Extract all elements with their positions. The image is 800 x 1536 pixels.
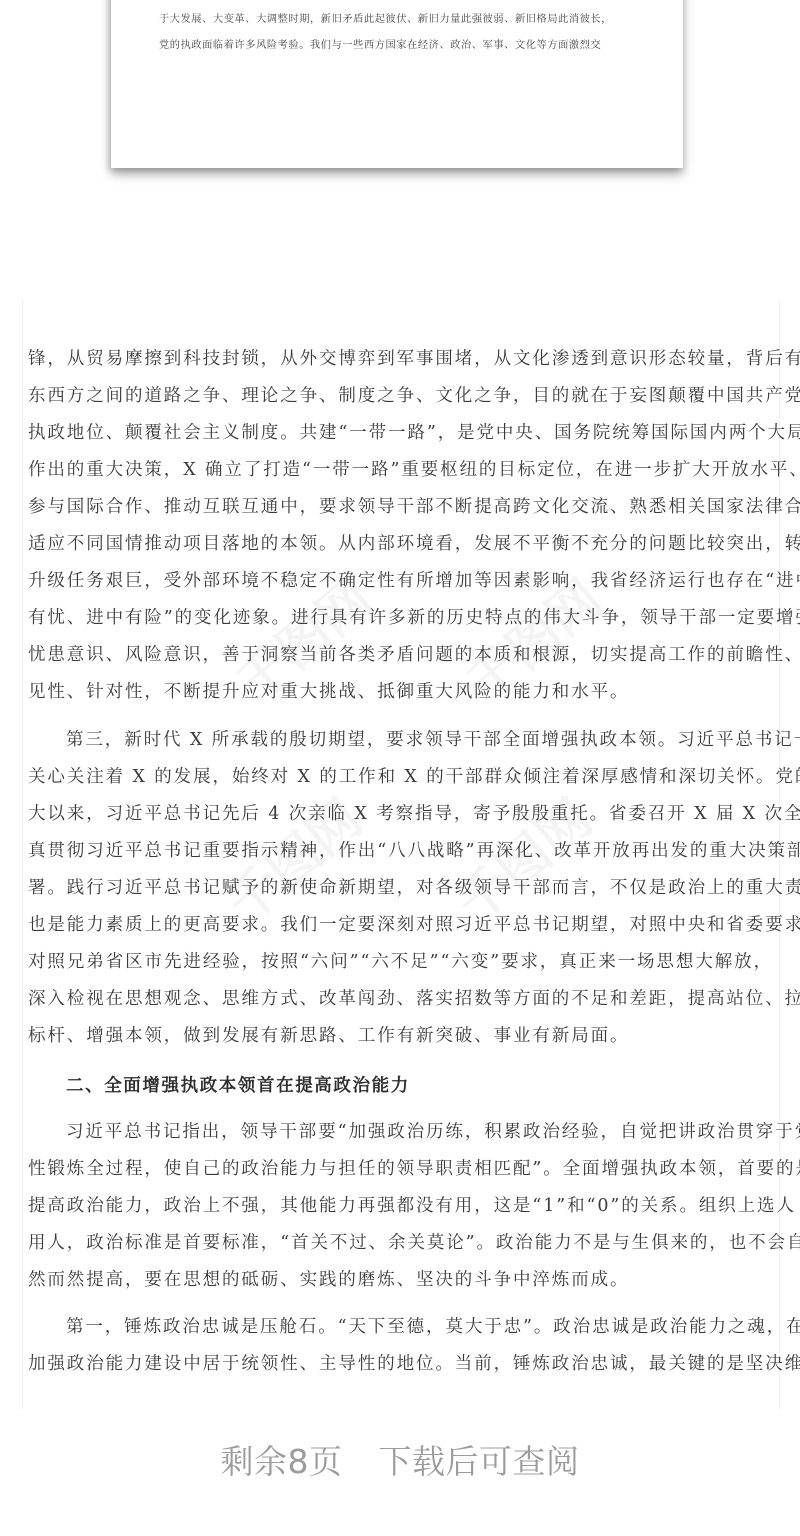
text-line: 标杆、增强本领，做到发展有新思路、工作有新突破、事业有新局面。	[28, 1024, 773, 1048]
text-line: 锋，从贸易摩擦到科技封锁，从外交博弈到军事围堵，从文化渗透到意识形态较量，背后有…	[28, 347, 773, 371]
previous-page-line: 党的执政面临着许多风险考验。我们与一些西方国家在经济、政治、军事、文化等方面激烈…	[159, 36, 601, 51]
text-line: 东西方之间的道路之争、理论之争、制度之争、文化之争，目的就在于妄图颠覆中国共产党…	[28, 384, 773, 408]
text-line: 升级任务艰巨，受外部环境不稳定不确定性有所增加等因素影响，我省经济运行也存在“进…	[28, 569, 773, 593]
remaining-pages-label: 剩余8页	[221, 1442, 343, 1481]
download-hint-label: 下载后可查阅	[379, 1442, 580, 1481]
text-line: 深入检视在思想观念、思维方式、改革闯劲、落实招数等方面的不足和差距，提高站位、拉…	[28, 987, 773, 1011]
text-line: 参与国际合作、推动互联互通中，要求领导干部不断提高跨文化交流、熟悉相关国家法律合…	[28, 495, 773, 519]
document-page: 千图网 千图网 千图网 千图网 锋，从贸易摩擦到科技封锁，从外交博弈到军事围堵，…	[22, 300, 780, 1410]
text-line: 第一，锤炼政治忠诚是压舱石。“天下至德，莫大于忠”。政治忠诚是政治能力之魂，在	[66, 1315, 773, 1339]
text-line: 习近平总书记指出，领导干部要“加强政治历练，积累政治经验，自觉把讲政治贯穿于党	[66, 1120, 773, 1144]
text-line: 忧患意识、风险意识，善于洞察当前各类矛盾问题的本质和根源，切实提高工作的前瞻性、…	[28, 643, 773, 667]
text-line: 执政地位、颠覆社会主义制度。共建“一带一路”，是党中央、国务院统筹国际国内两个大…	[28, 421, 773, 445]
text-line: 署。践行习近平总书记赋予的新使命新期望，对各级领导干部而言，不仅是政治上的重大责…	[28, 876, 773, 900]
text-line: 大以来，习近平总书记先后 4 次亲临 X 考察指导，寄予殷殷重托。省委召开 X …	[28, 802, 773, 826]
text-line: 然而然提高，要在思想的砥砺、实践的磨炼、坚决的斗争中淬炼而成。	[28, 1268, 773, 1292]
text-line: 作出的重大决策，X 确立了打造“一带一路”重要枢纽的目标定位，在进一步扩大开放水…	[28, 458, 773, 482]
text-line: 性锻炼全过程，使自己的政治能力与担任的领导职责相匹配”。全面增强执政本领，首要的…	[28, 1157, 773, 1181]
download-prompt[interactable]: 剩余8页下载后可查阅	[0, 1436, 800, 1483]
text-line: 真贯彻习近平总书记重要指示精神，作出“八八战略”再深化、改革开放再出发的重大决策…	[28, 839, 773, 863]
text-line: 适应不同国情推动项目落地的本领。从内部环境看，发展不平衡不充分的问题比较突出，转…	[28, 532, 773, 556]
text-line: 对照兄弟省区市先进经验，按照“六问”“六不足”“六变”要求，真正来一场思想大解放…	[28, 950, 773, 974]
text-line: 也是能力素质上的更高要求。我们一定要深刻对照习近平总书记期望，对照中央和省委要求…	[28, 913, 773, 937]
text-line: 有忧、进中有险”的变化迹象。进行具有许多新的历史特点的伟大斗争，领导干部一定要增…	[28, 606, 773, 630]
text-line: 用人，政治标准是首要标准，“首关不过、余关莫论”。政治能力不是与生俱来的，也不会…	[28, 1231, 773, 1255]
text-line: 提高政治能力，政治上不强，其他能力再强都没有用，这是“1”和“0”的关系。组织上…	[28, 1194, 773, 1218]
previous-page-line: 于大发展、大变革、大调整时期，新旧矛盾此起彼伏、新旧力量此强彼弱、新旧格局此消彼…	[159, 10, 612, 25]
section-heading: 二、全面增强执政本领首在提高政治能力	[66, 1072, 410, 1097]
previous-page-card: 于大发展、大变革、大调整时期，新旧矛盾此起彼伏、新旧力量此强彼弱、新旧格局此消彼…	[111, 0, 683, 168]
text-line: 第三，新时代 X 所承载的殷切期望，要求领导干部全面增强执政本领。习近平总书记一…	[66, 728, 773, 752]
text-line: 关心关注着 X 的发展，始终对 X 的工作和 X 的干部群众倾注着深厚感情和深切…	[28, 765, 773, 789]
text-line: 加强政治能力建设中居于统领性、主导性的地位。当前，锤炼政治忠诚，最关键的是坚决维…	[28, 1352, 773, 1376]
text-line: 见性、针对性，不断提升应对重大挑战、抵御重大风险的能力和水平。	[28, 680, 773, 704]
